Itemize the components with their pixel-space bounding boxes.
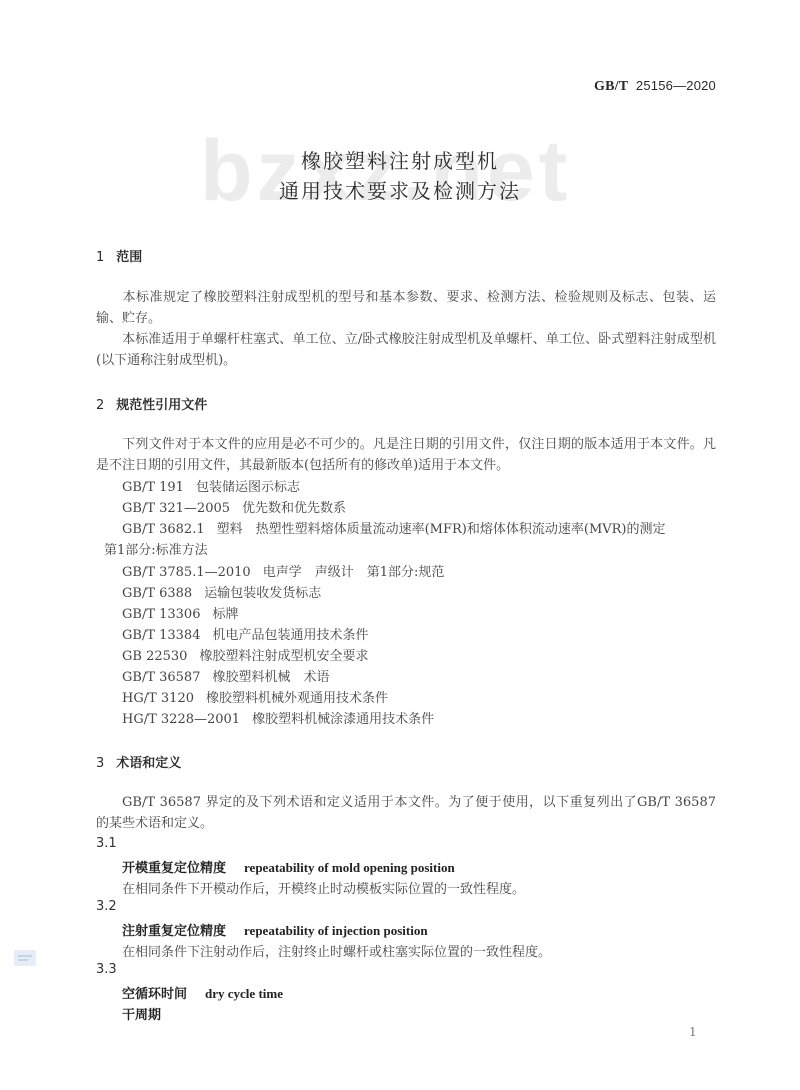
section-2-intro: 下列文件对于本文件的应用是必不可少的。凡是注日期的引用文件，仅注日期的版本适用于… — [96, 434, 716, 476]
term-heading: 开模重复定位精度repeatability of mold opening po… — [122, 857, 455, 876]
reference-title: 塑料 热塑性塑料熔体质量流动速率(MFR)和熔体体积流动速率(MVR)的测定 — [217, 522, 666, 537]
section-title: 规范性引用文件 — [116, 398, 207, 413]
reference-code: GB/T 13306 — [122, 607, 200, 622]
term-heading: 注射重复定位精度repeatability of injection posit… — [122, 920, 428, 939]
reference-code: GB/T 3682.1 — [122, 522, 205, 537]
reference-item: GB 22530橡胶塑料注射成型机安全要求 — [122, 645, 368, 664]
paragraph-text: 本标准规定了橡胶塑料注射成型机的型号和基本参数、要求、检测方法、检验规则及标志、… — [96, 290, 716, 326]
reference-code: GB/T 13384 — [122, 628, 200, 643]
reference-title: 橡胶塑料机械 术语 — [212, 670, 329, 685]
reference-item: GB/T 6388运输包装收发货标志 — [122, 582, 321, 601]
side-panel-toggle-icon[interactable] — [14, 950, 36, 966]
section-title: 范围 — [116, 250, 142, 265]
title-line-1: 橡胶塑料注射成型机 — [0, 146, 800, 176]
reference-item: GB/T 3785.1—2010电声学 声级计 第1部分:规范 — [122, 561, 444, 580]
reference-code: GB/T 321—2005 — [122, 501, 230, 516]
reference-title: 橡胶塑料注射成型机安全要求 — [199, 649, 368, 664]
reference-code: GB/T 191 — [122, 480, 184, 495]
reference-item: GB/T 321—2005优先数和优先数系 — [122, 497, 346, 516]
reference-item: HG/T 3120橡胶塑料机械外观通用技术条件 — [122, 687, 388, 706]
clause-number: 3.2 — [96, 899, 117, 914]
section-1-paragraph-1: 本标准规定了橡胶塑料注射成型机的型号和基本参数、要求、检测方法、检验规则及标志、… — [96, 287, 716, 329]
reference-code: GB/T 3785.1—2010 — [122, 565, 251, 580]
section-number: 2 — [96, 398, 104, 413]
reference-item: GB/T 3682.1塑料 热塑性塑料熔体质量流动速率(MFR)和熔体体积流动速… — [122, 518, 666, 537]
section-2-heading: 2规范性引用文件 — [96, 394, 207, 413]
term-english: repeatability of injection position — [244, 923, 428, 938]
reference-item: GB/T 191包装储运图示标志 — [122, 476, 300, 495]
reference-continuation: 第1部分:标准方法 — [104, 539, 208, 558]
standard-code: 25156—2020 — [636, 78, 716, 93]
paragraph-text: GB/T 36587 界定的及下列术语和定义适用于本文件。为了便于使用，以下重复… — [96, 795, 716, 831]
paragraph-text: 下列文件对于本文件的应用是必不可少的。凡是注日期的引用文件，仅注日期的版本适用于… — [96, 437, 716, 473]
reference-item: HG/T 3228—2001橡胶塑料机械涂漆通用技术条件 — [122, 708, 434, 727]
reference-item: GB/T 36587橡胶塑料机械 术语 — [122, 666, 330, 685]
section-3-heading: 3术语和定义 — [96, 752, 181, 771]
page-number: 1 — [689, 1025, 697, 1039]
section-1-heading: 1范围 — [96, 246, 142, 265]
term-chinese: 开模重复定位精度 — [122, 861, 226, 876]
clause-number: 3.1 — [96, 836, 117, 851]
reference-title: 运输包装收发货标志 — [204, 586, 321, 601]
reference-title: 优先数和优先数系 — [242, 501, 346, 516]
reference-title: 机电产品包装通用技术条件 — [212, 628, 368, 643]
section-3-intro: GB/T 36587 界定的及下列术语和定义适用于本文件。为了便于使用，以下重复… — [96, 792, 716, 834]
standard-number: GB/T 25156—2020 — [594, 78, 716, 95]
reference-item: GB/T 13384机电产品包装通用技术条件 — [122, 624, 369, 643]
reference-title: 标牌 — [212, 607, 238, 622]
section-1-paragraph-2: 本标准适用于单螺杆柱塞式、单工位、立/卧式橡胶注射成型机及单螺杆、单工位、卧式塑… — [96, 329, 716, 371]
term-definition: 在相同条件下开模动作后，开模终止时动模板实际位置的一致性程度。 — [122, 878, 525, 897]
term-synonym: 干周期 — [122, 1004, 179, 1023]
reference-code: HG/T 3120 — [122, 691, 194, 706]
term-chinese: 空循环时间 — [122, 987, 187, 1002]
reference-code: GB/T 6388 — [122, 586, 192, 601]
reference-item: GB/T 13306标牌 — [122, 603, 239, 622]
standard-prefix: GB/T — [594, 79, 628, 94]
paragraph-text: 本标准适用于单螺杆柱塞式、单工位、立/卧式橡胶注射成型机及单螺杆、单工位、卧式塑… — [96, 332, 716, 368]
term-chinese: 注射重复定位精度 — [122, 924, 226, 939]
document-title: 橡胶塑料注射成型机 通用技术要求及检测方法 — [0, 146, 800, 206]
reference-title: 包装储运图示标志 — [196, 480, 300, 495]
section-title: 术语和定义 — [116, 756, 181, 771]
clause-number: 3.3 — [96, 962, 117, 977]
title-line-2: 通用技术要求及检测方法 — [0, 176, 800, 206]
term-english: dry cycle time — [205, 986, 283, 1001]
section-number: 1 — [96, 250, 104, 265]
term-english: repeatability of mold opening position — [244, 860, 455, 875]
reference-code: GB/T 36587 — [122, 670, 200, 685]
reference-title: 电声学 声级计 第1部分:规范 — [263, 565, 445, 580]
reference-title: 橡胶塑料机械外观通用技术条件 — [206, 691, 388, 706]
reference-code: HG/T 3228—2001 — [122, 712, 240, 727]
reference-code: GB 22530 — [122, 649, 187, 664]
term-synonym-text: 干周期 — [122, 1008, 161, 1023]
term-heading: 空循环时间dry cycle time — [122, 983, 283, 1002]
term-definition: 在相同条件下注射动作后，注射终止时螺杆或柱塞实际位置的一致性程度。 — [122, 941, 551, 960]
reference-title: 橡胶塑料机械涂漆通用技术条件 — [252, 712, 434, 727]
section-number: 3 — [96, 756, 104, 771]
